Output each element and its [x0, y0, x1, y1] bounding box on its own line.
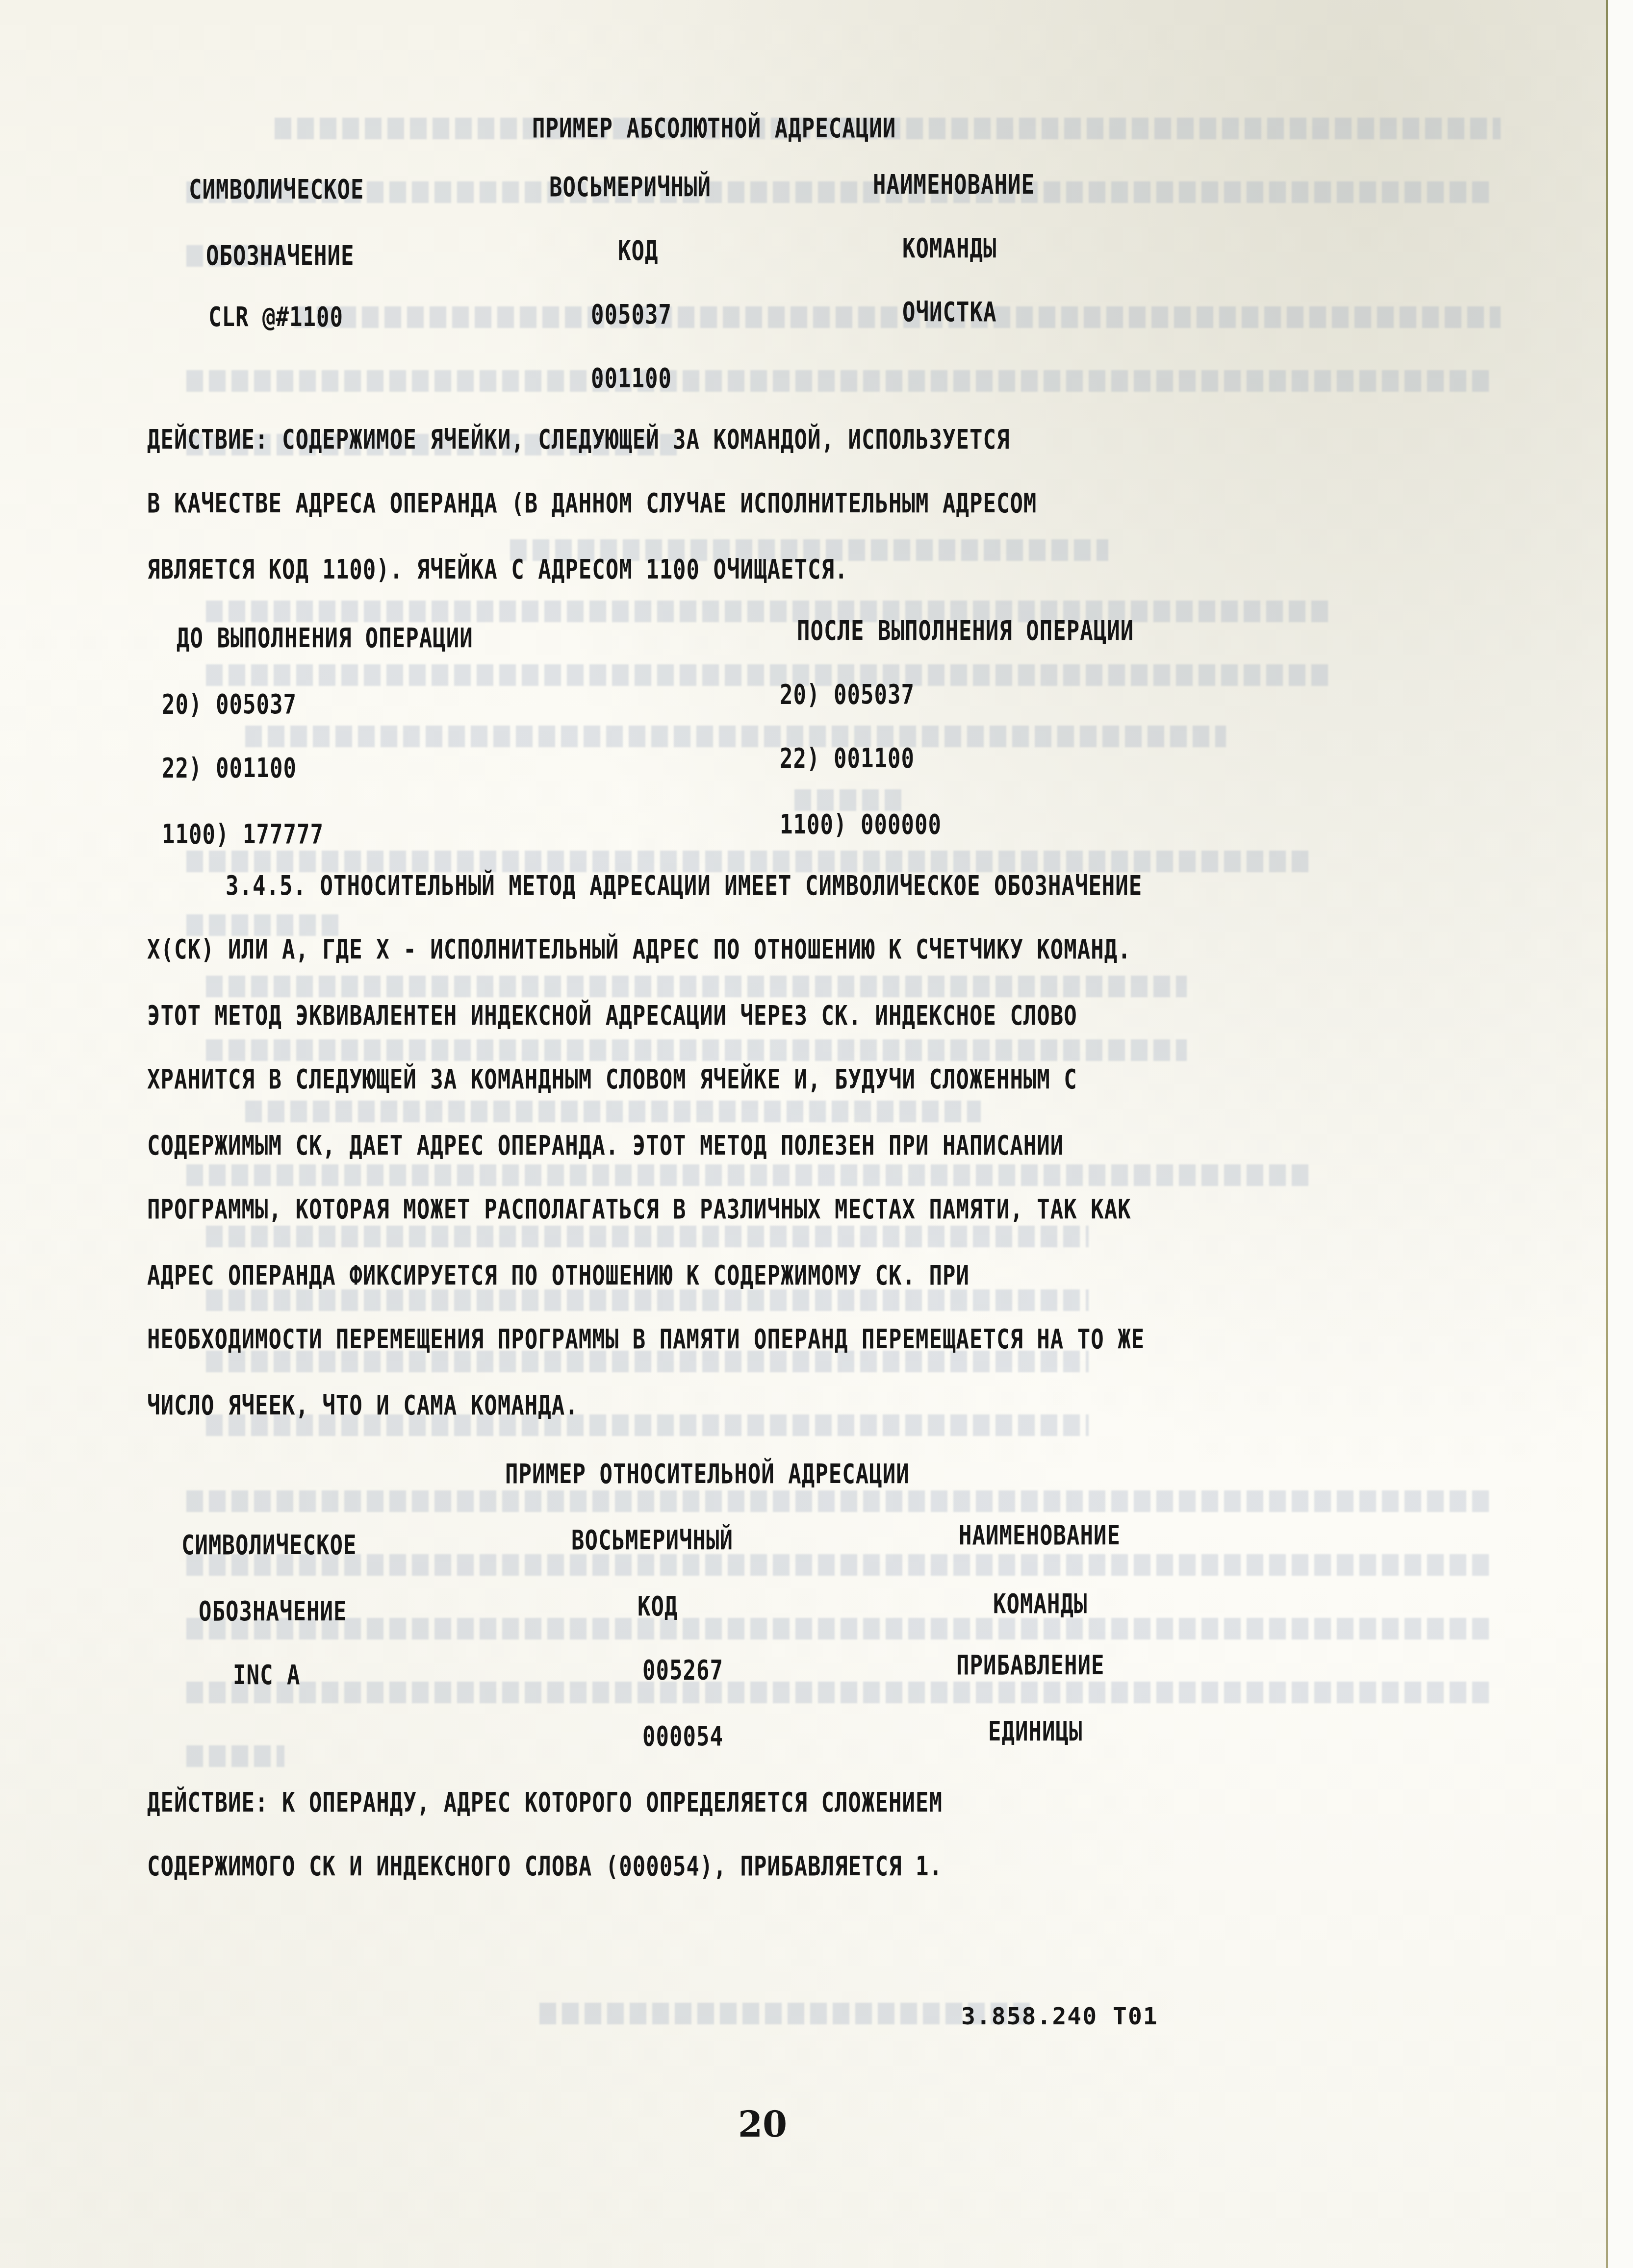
- after-cell-20: 20) 005037: [780, 679, 915, 710]
- col-header-name-2: КОМАНДЫ: [902, 233, 996, 264]
- action-line-2: В КАЧЕСТВЕ АДРЕСА ОПЕРАНДА (В ДАННОМ СЛУ…: [147, 488, 1037, 519]
- rel-row2-octal: 000054: [642, 1721, 723, 1752]
- section-line-8: НЕОБХОДИМОСТИ ПЕРЕМЕЩЕНИЯ ПРОГРАММЫ В ПА…: [147, 1324, 1145, 1355]
- section-line-6: ПРОГРАММЫ, КОТОРАЯ МОЖЕТ РАСПОЛАГАТЬСЯ В…: [147, 1194, 1131, 1225]
- rel-row1-symbol: INC A: [233, 1660, 300, 1691]
- col-header-octal-1: ВОСЬМЕРИЧНЫЙ: [549, 172, 711, 203]
- rel-row1-octal: 005267: [642, 1655, 723, 1686]
- after-operation-title: ПОСЛЕ ВЫПОЛНЕНИЯ ОПЕРАЦИИ: [797, 615, 1134, 647]
- section-line-7: АДРЕС ОПЕРАНДА ФИКСИРУЕТСЯ ПО ОТНОШЕНИЮ …: [147, 1260, 970, 1291]
- rel-col-header-name-2: КОМАНДЫ: [993, 1588, 1087, 1620]
- scan-margin: [1608, 0, 1633, 2268]
- rel-col-header-symbol-2: ОБОЗНАЧЕНИЕ: [199, 1596, 347, 1627]
- col-header-symbol-2: ОБОЗНАЧЕНИЕ: [206, 240, 354, 272]
- col-header-name-1: НАИМЕНОВАНИЕ: [873, 169, 1035, 201]
- section-line-9: ЧИСЛО ЯЧЕЕК, ЧТО И САМА КОМАНДА.: [147, 1390, 579, 1421]
- section-line-5: СОДЕРЖИМЫМ СК, ДАЕТ АДРЕС ОПЕРАНДА. ЭТОТ…: [147, 1130, 1064, 1161]
- col-header-symbol-1: СИМВОЛИЧЕСКОЕ: [189, 174, 364, 205]
- section-line-1: 3.4.5. ОТНОСИТЕЛЬНЫЙ МЕТОД АДРЕСАЦИИ ИМЕ…: [226, 870, 1142, 902]
- section-line-4: ХРАНИТСЯ В СЛЕДУЮЩЕЙ ЗА КОМАНДНЫМ СЛОВОМ…: [147, 1064, 1077, 1095]
- row1-octal: 005037: [591, 299, 672, 330]
- page-number: 20: [738, 2103, 787, 2145]
- before-cell-1100: 1100) 177777: [162, 819, 324, 850]
- action-line-3: ЯВЛЯЕТСЯ КОД 1100). ЯЧЕЙКА С АДРЕСОМ 110…: [147, 554, 848, 585]
- row1-name: ОЧИСТКА: [902, 297, 996, 328]
- document-code: 3.858.240 Т01: [961, 2003, 1158, 2030]
- before-cell-20: 20) 005037: [162, 689, 297, 720]
- before-operation-title: ДО ВЫПОЛНЕНИЯ ОПЕРАЦИИ: [177, 623, 473, 654]
- section-line-2: X(СК) ИЛИ A, ГДЕ X - ИСПОЛНИТЕЛЬНЫЙ АДРЕ…: [147, 934, 1131, 965]
- rel-action-line-2: СОДЕРЖИМОГО СК И ИНДЕКСНОГО СЛОВА (00005…: [147, 1851, 943, 1882]
- rel-row2-name: ЕДИНИЦЫ: [988, 1716, 1082, 1747]
- rel-col-header-name-1: НАИМЕНОВАНИЕ: [959, 1520, 1121, 1551]
- row2-octal: 001100: [591, 363, 672, 394]
- rel-col-header-octal-1: ВОСЬМЕРИЧНЫЙ: [571, 1525, 733, 1556]
- example-absolute-title: ПРИМЕР АБСОЛЮТНОЙ АДРЕСАЦИИ: [532, 113, 896, 144]
- after-cell-1100: 1100) 000000: [780, 809, 942, 840]
- after-cell-22: 22) 001100: [780, 743, 915, 774]
- rel-row1-name: ПРИБАВЛЕНИЕ: [956, 1650, 1104, 1681]
- section-line-3: ЭТОТ МЕТОД ЭКВИВАЛЕНТЕН ИНДЕКСНОЙ АДРЕСА…: [147, 1000, 1077, 1032]
- rel-col-header-octal-2: КОД: [638, 1591, 678, 1622]
- col-header-octal-2: КОД: [618, 235, 658, 267]
- action-line-1: ДЕЙСТВИЕ: СОДЕРЖИМОЕ ЯЧЕЙКИ, СЛЕДУЮЩЕЙ З…: [147, 424, 1010, 455]
- example-relative-title: ПРИМЕР ОТНОСИТЕЛЬНОЙ АДРЕСАЦИИ: [505, 1459, 910, 1490]
- row1-symbol: CLR @#1100: [208, 302, 343, 333]
- rel-action-line-1: ДЕЙСТВИЕ: К ОПЕРАНДУ, АДРЕС КОТОРОГО ОПР…: [147, 1787, 943, 1818]
- rel-col-header-symbol-1: СИМВОЛИЧЕСКОЕ: [181, 1530, 357, 1561]
- before-cell-22: 22) 001100: [162, 753, 297, 784]
